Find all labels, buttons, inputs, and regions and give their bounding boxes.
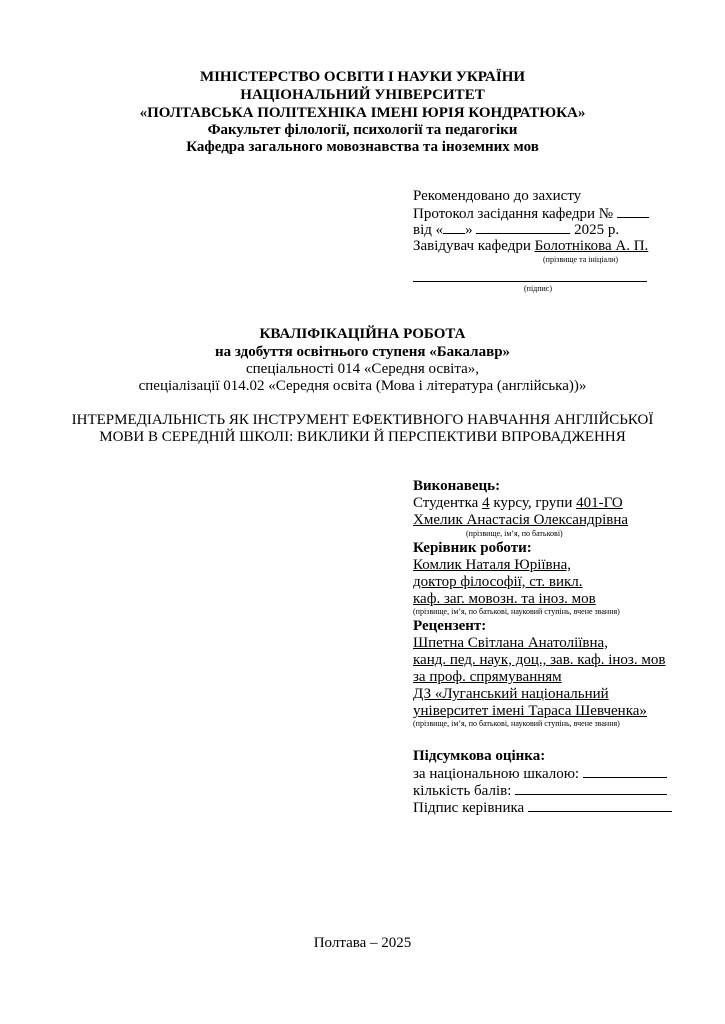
specialty-line: спеціальності 014 «Середня освіта», xyxy=(0,360,725,378)
reviewer-line-4: ДЗ «Луганський національний xyxy=(413,686,609,702)
reviewer-line-1: Шпетна Світлана Анатоліївна, xyxy=(413,635,608,651)
degree-line: на здобуття освітнього ступеня «Бакалавр… xyxy=(0,343,725,361)
university-name: «ПОЛТАВСЬКА ПОЛІТЕХНІКА ІМЕНІ ЮРІЯ КОНДР… xyxy=(0,104,725,122)
grade-label: Підсумкова оцінка: xyxy=(413,748,545,764)
month-blank xyxy=(476,221,570,234)
topic-line-1: ІНТЕРМЕДІАЛЬНІСТЬ ЯК ІНСТРУМЕНТ ЕФЕКТИВН… xyxy=(0,411,725,429)
specialization-line: спеціалізації 014.02 «Середня освіта (Мо… xyxy=(0,377,725,395)
executor-student: Студентка 4 курсу, групи 401-ГО xyxy=(413,495,623,511)
grade-national-scale: за національною шкалою: xyxy=(413,765,667,782)
national-scale-label: за національною шкалою: xyxy=(413,766,579,782)
university-type: НАЦІОНАЛЬНИЙ УНІВЕРСИТЕТ xyxy=(0,86,725,104)
head-name: Болотнікова А. П. xyxy=(535,238,649,254)
reviewer-line-5: університет імені Тараса Шевченка» xyxy=(413,703,647,719)
points-blank xyxy=(515,782,667,795)
reviewer-label: Рецензент: xyxy=(413,618,486,634)
signature-line xyxy=(413,281,647,282)
day-blank xyxy=(443,221,465,234)
grade-signature: Підпис керівника xyxy=(413,799,672,816)
approval-recommended: Рекомендовано до захисту xyxy=(413,188,581,204)
city-year: Полтава – 2025 xyxy=(0,934,725,952)
date-prefix: від « xyxy=(413,222,443,238)
supervisor-line-1: Комлик Наталя Юріївна, xyxy=(413,557,571,573)
executor-name: Хмелик Анастасія Олександрівна xyxy=(413,512,628,528)
protocol-label: Протокол засідання кафедри № xyxy=(413,206,613,222)
course-suffix: курсу, групи xyxy=(493,495,572,511)
supervisor-signature-blank xyxy=(528,799,672,812)
grade-points: кількість балів: xyxy=(413,782,667,799)
faculty-name: Факультет філології, психології та педаг… xyxy=(0,121,725,139)
reviewer-line-2: канд. пед. наук, доц., зав. каф. іноз. м… xyxy=(413,652,665,668)
student-prefix: Студентка xyxy=(413,495,478,511)
reviewer-caption: (прізвище, ім’я, по батькові, науковий с… xyxy=(413,719,620,728)
supervisor-line-2: доктор філософії, ст. викл. xyxy=(413,574,583,590)
head-caption: (прізвище та ініціали) xyxy=(543,255,618,264)
student-group: 401-ГО xyxy=(576,495,623,511)
department-name: Кафедра загального мовознавства та інозе… xyxy=(0,138,725,156)
approval-head: Завідувач кафедри Болотнікова А. П. xyxy=(413,238,648,254)
reviewer-line-3: за проф. спрямуванням xyxy=(413,669,562,685)
supervisor-label: Керівник роботи: xyxy=(413,540,532,556)
supervisor-signature-label: Підпис керівника xyxy=(413,800,524,816)
student-course: 4 xyxy=(482,495,490,511)
supervisor-caption: (прізвище, ім’я, по батькові, науковий с… xyxy=(413,607,620,616)
work-type: КВАЛІФІКАЦІЙНА РОБОТА xyxy=(0,325,725,343)
date-year: 2025 р. xyxy=(574,222,619,238)
signature-caption: (підпис) xyxy=(524,284,552,293)
supervisor-line-3: каф. заг. мовозн. та іноз. мов xyxy=(413,591,596,607)
approval-protocol: Протокол засідання кафедри № xyxy=(413,205,649,222)
points-label: кількість балів: xyxy=(413,783,511,799)
protocol-number-blank xyxy=(617,205,649,218)
executor-label: Виконавець: xyxy=(413,478,500,494)
head-label: Завідувач кафедри xyxy=(413,238,531,254)
date-mid: » xyxy=(465,222,473,238)
ministry-name: МІНІСТЕРСТВО ОСВІТИ І НАУКИ УКРАЇНИ xyxy=(0,68,725,86)
national-scale-blank xyxy=(583,765,667,778)
executor-caption: (прізвище, ім’я, по батькові) xyxy=(466,529,563,538)
approval-date: від «» 2025 р. xyxy=(413,221,619,238)
topic-line-2: МОВИ В СЕРЕДНІЙ ШКОЛІ: ВИКЛИКИ Й ПЕРСПЕК… xyxy=(0,428,725,446)
